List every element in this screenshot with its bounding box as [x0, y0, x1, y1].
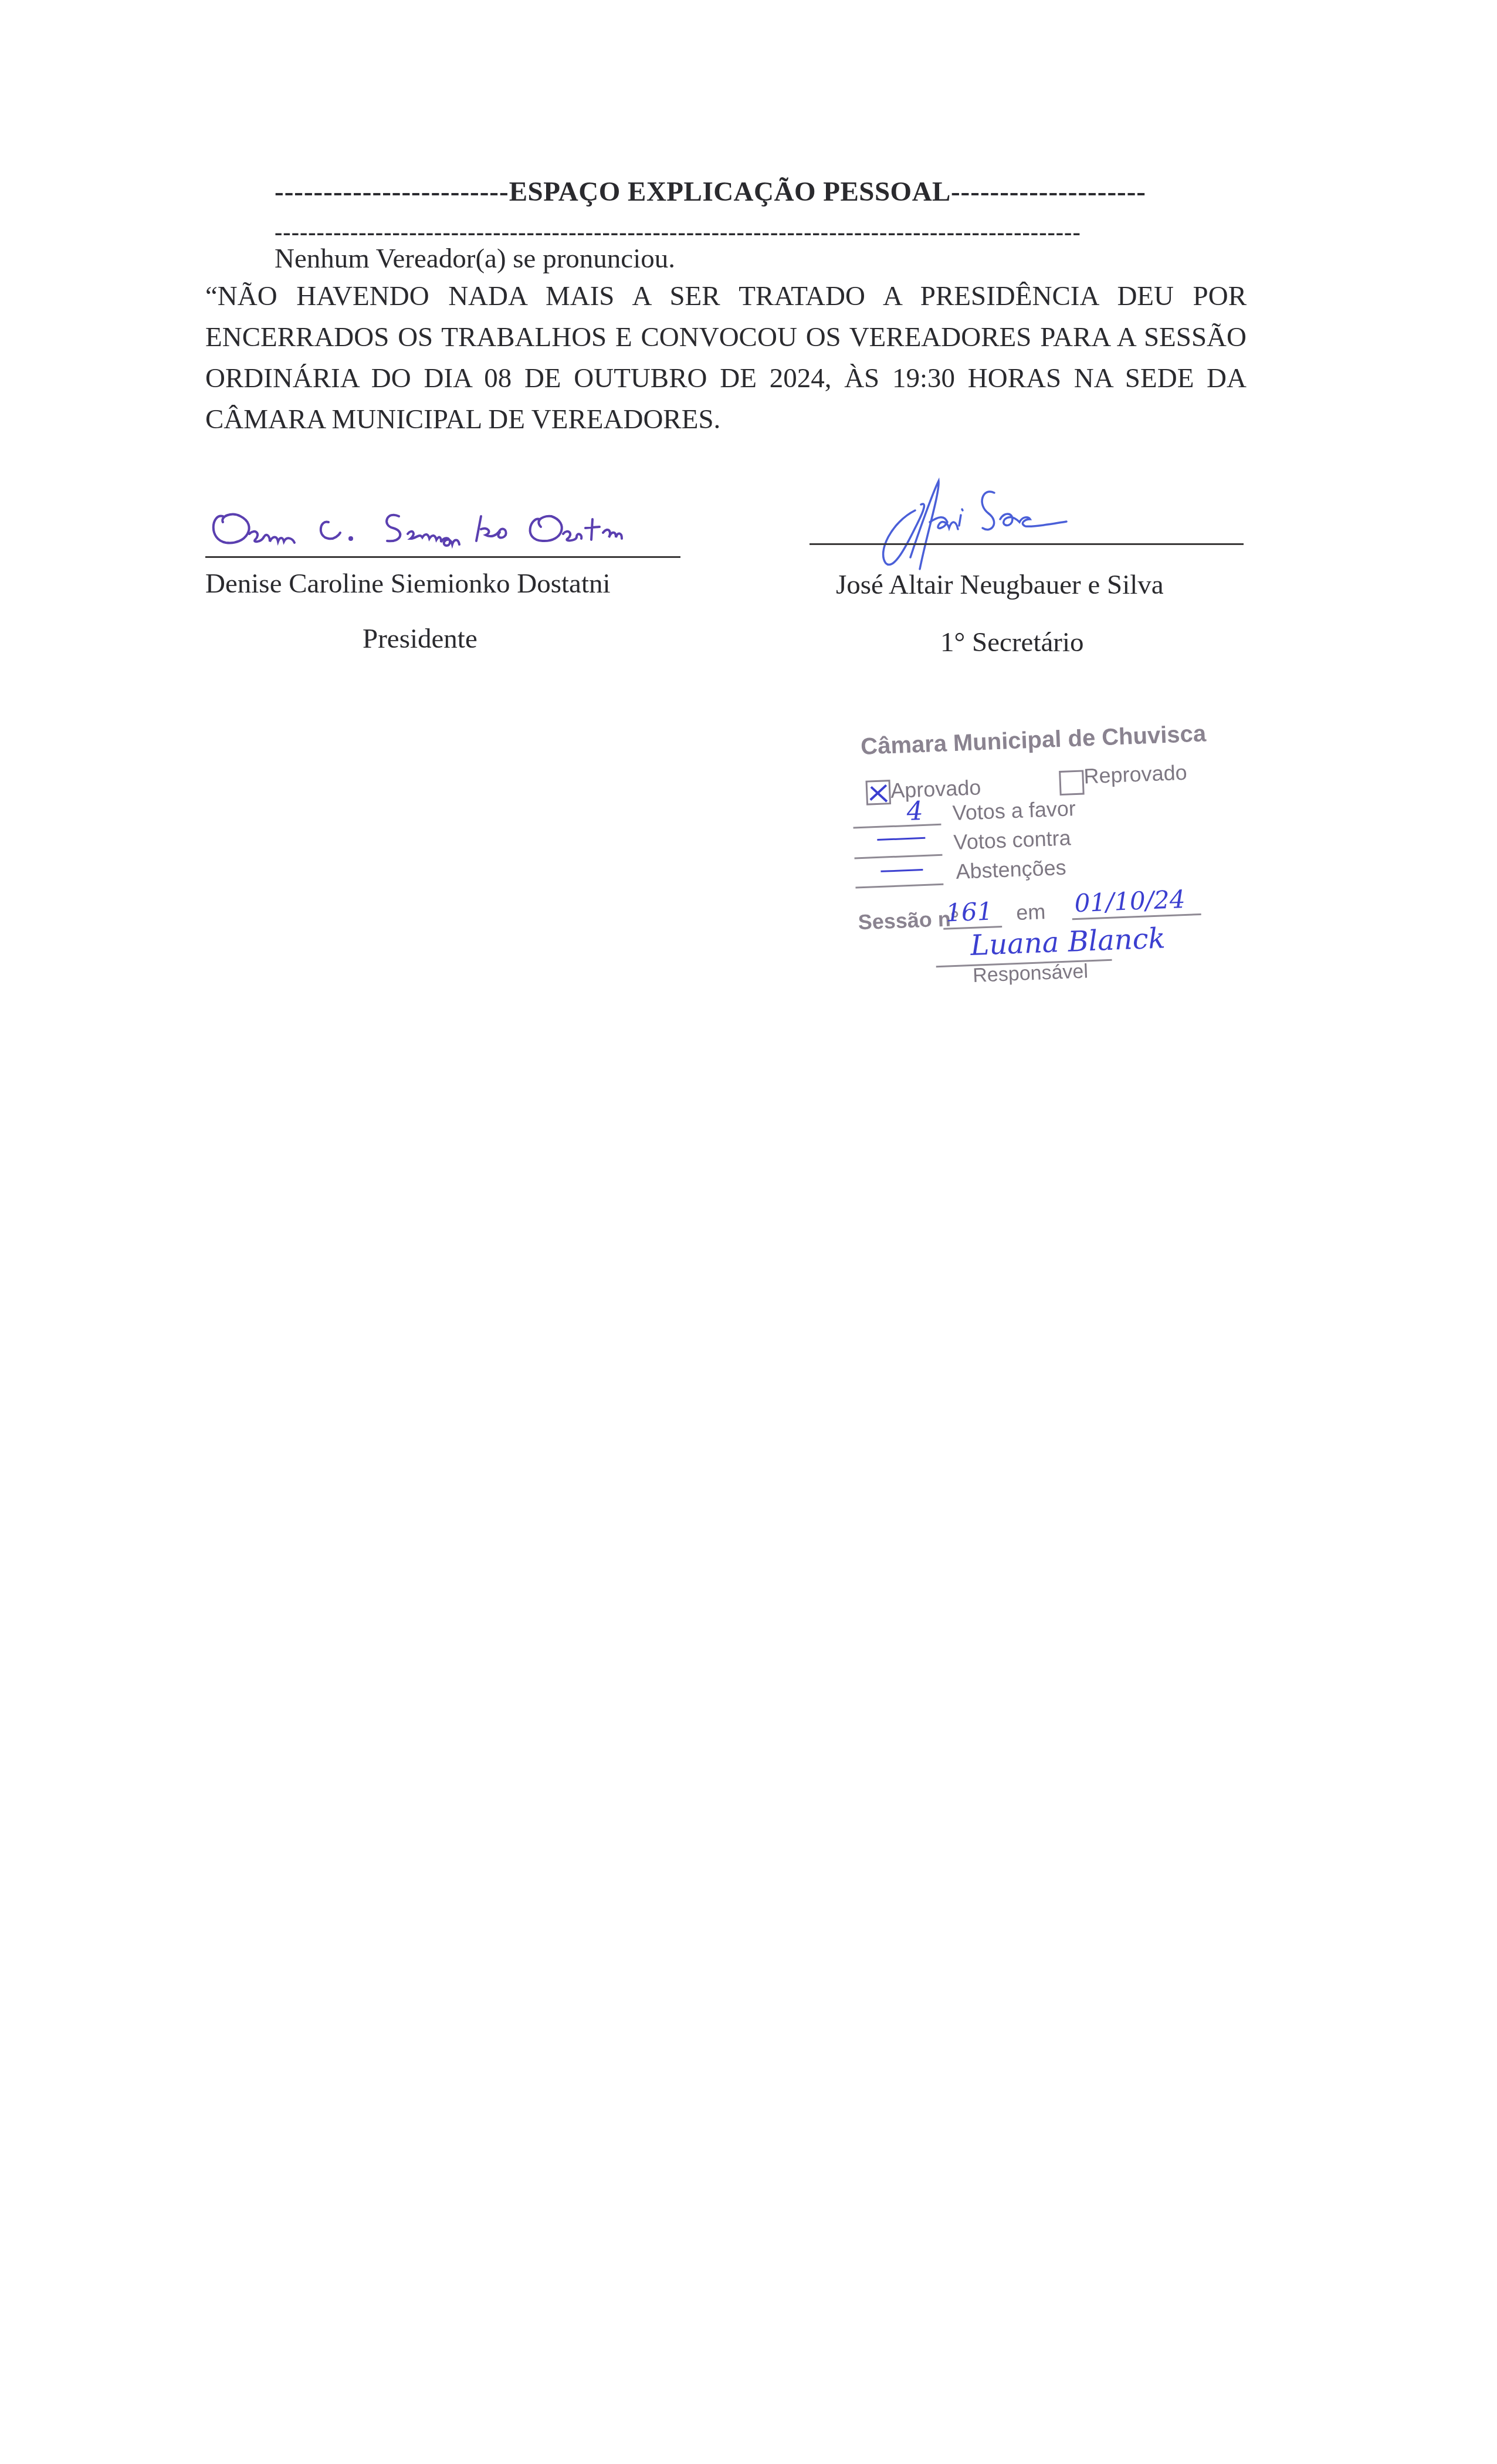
stamp-title: Câmara Municipal de Chuvisca: [860, 720, 1206, 760]
votes-for-label: Votos a favor: [952, 796, 1076, 825]
statement-text: Nenhum Vereador(a) se pronunciou.: [275, 245, 675, 273]
rejected-label: Reprovado: [1083, 760, 1188, 789]
abstentions-rule: [855, 884, 943, 889]
approved-checkbox[interactable]: [866, 780, 892, 805]
signature-block-president: Denise Caroline Siemionko Dostatni Presi…: [205, 499, 733, 669]
rejected-checkbox[interactable]: [1059, 770, 1085, 796]
votes-against-rule: [855, 854, 943, 859]
secretary-role: 1° Secretário: [940, 627, 1084, 658]
handwritten-signature-president: [205, 499, 733, 557]
heading-right-dashes: --------------------: [951, 177, 1146, 207]
president-role: Presidente: [363, 623, 477, 655]
closing-paragraph: “NÃO HAVENDO NADA MAIS A SER TRATADO A P…: [205, 276, 1247, 440]
signature-line-secretary: [810, 543, 1244, 545]
approval-stamp: Câmara Municipal de Chuvisca Aprovado Re…: [845, 712, 1265, 997]
session-label: Sessão n°: [858, 906, 960, 935]
approved-label: Aprovado: [890, 775, 981, 803]
votes-for-value: 4: [906, 796, 924, 827]
section-heading: ------------------------ESPAÇO EXPLICAÇÃ…: [275, 176, 1146, 208]
heading-left-dashes: ------------------------: [275, 177, 509, 207]
votes-against-label: Votos contra: [953, 825, 1072, 855]
signature-line-president: [205, 556, 680, 558]
dash-rule: ----------------------------------------…: [275, 218, 1239, 246]
president-name: Denise Caroline Siemionko Dostatni: [205, 568, 611, 600]
signature-block-secretary: José Altair Neugbauer e Silva 1° Secretá…: [810, 469, 1291, 669]
session-date: 01/10/24: [1074, 885, 1186, 918]
handwritten-signature-secretary: [868, 469, 1091, 575]
check-x-icon: [868, 781, 889, 803]
responsible-label: Responsável: [973, 960, 1089, 987]
abstentions-pen-dash: [880, 869, 923, 872]
session-number: 161: [945, 897, 993, 928]
votes-for-rule: [854, 824, 941, 829]
votes-against-pen-dash: [877, 837, 925, 841]
responsible-signature: Luana Blanck: [970, 922, 1166, 962]
secretary-name: José Altair Neugbauer e Silva: [836, 569, 1164, 601]
heading-title: ESPAÇO EXPLICAÇÃO PESSOAL: [509, 177, 951, 207]
abstentions-label: Abstenções: [956, 855, 1067, 884]
date-label: em: [1016, 899, 1046, 925]
